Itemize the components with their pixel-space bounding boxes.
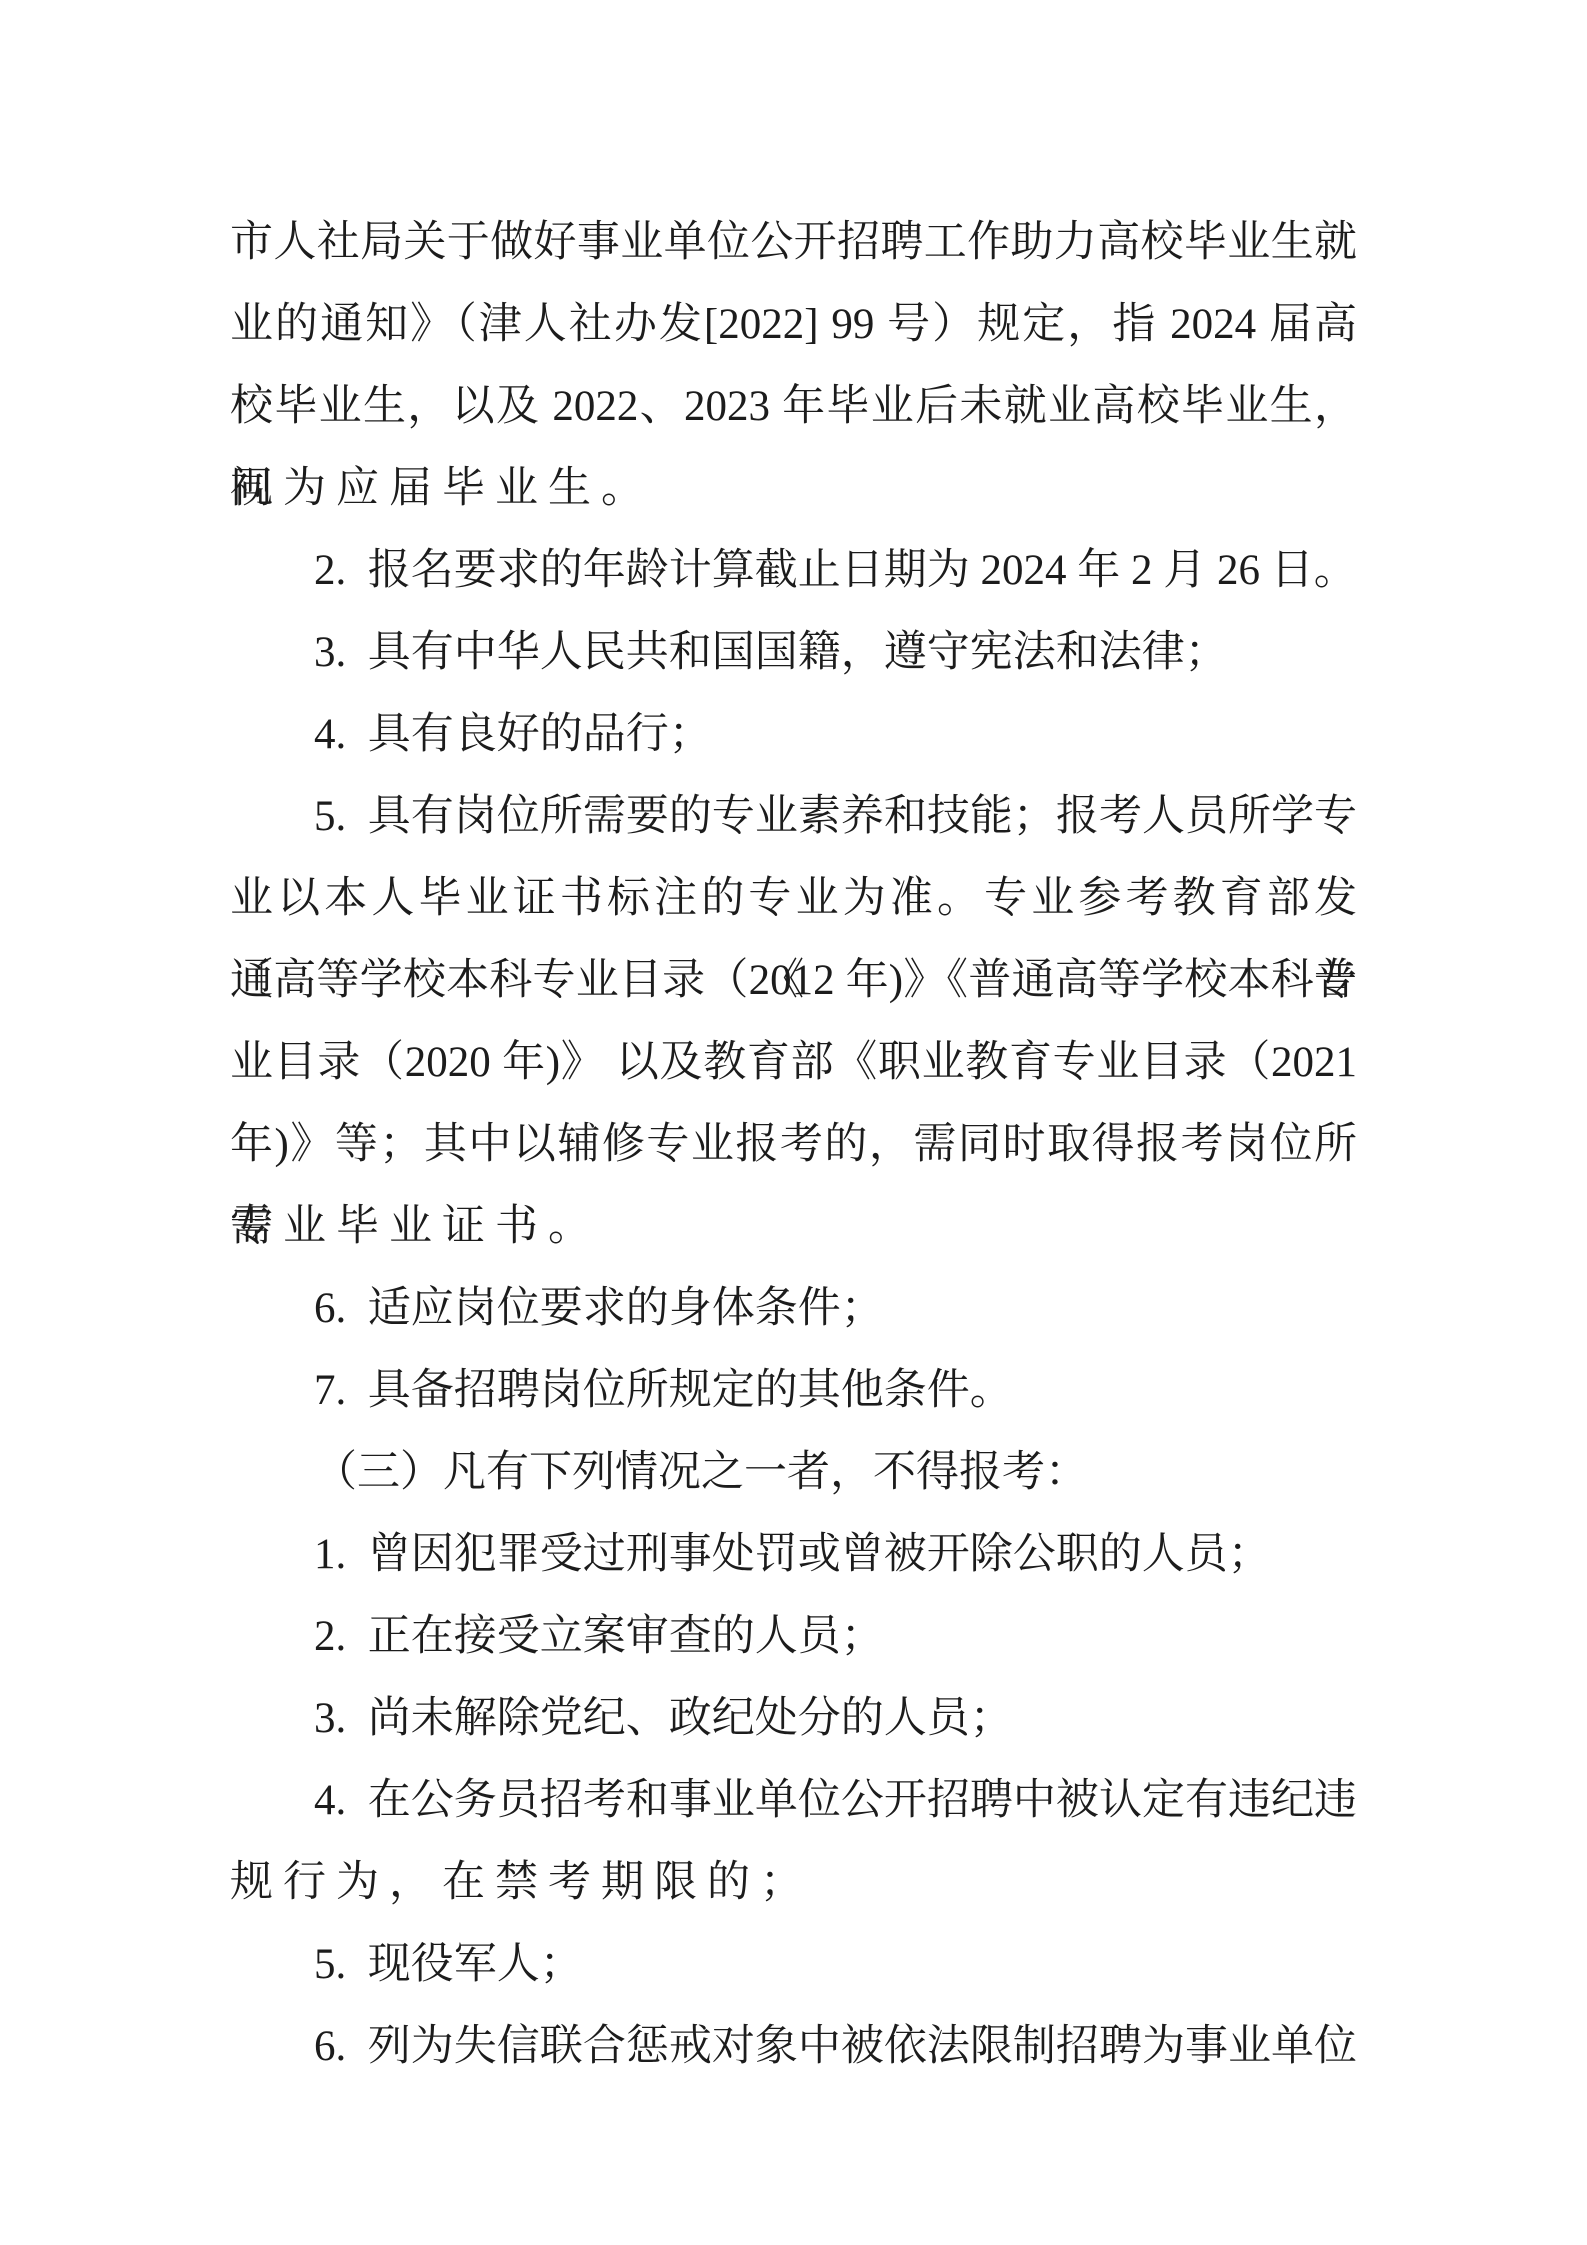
text-line: 3. 尚未解除党纪、政纪处分的人员； [230, 1678, 1357, 1760]
text-line: 6. 列为失信联合惩戒对象中被依法限制招聘为事业单位 [230, 2006, 1357, 2088]
text-line: 7. 具备招聘岗位所规定的其他条件。 [230, 1350, 1357, 1432]
document-page: 市人社局关于做好事业单位公开招聘工作助力高校毕业生就业的通知》（津人社办发[20… [0, 0, 1587, 2245]
text-line: 1. 曾因犯罪受过刑事处罚或曾被开除公职的人员； [230, 1514, 1357, 1596]
text-line: （三）凡有下列情况之一者，不得报考： [230, 1432, 1357, 1514]
text-line: 3. 具有中华人民共和国国籍，遵守宪法和法律； [230, 612, 1357, 694]
text-line: 5. 现役军人； [230, 1924, 1357, 2006]
text-line: 同为应届毕业生。 [230, 448, 1357, 530]
text-line: 6. 适应岗位要求的身体条件； [230, 1268, 1357, 1350]
text-line: 4. 在公务员招考和事业单位公开招聘中被认定有违纪违 [230, 1760, 1357, 1842]
text-line: 通高等学校本科专业目录（2012 年)》《普通高等学校本科专 [230, 940, 1357, 1022]
text-line: 年)》等；其中以辅修专业报考的，需同时取得报考岗位所需 [230, 1104, 1357, 1186]
text-line: 市人社局关于做好事业单位公开招聘工作助力高校毕业生就 [230, 202, 1357, 284]
text-line: 2. 正在接受立案审查的人员； [230, 1596, 1357, 1678]
text-line: 专业毕业证书。 [230, 1186, 1357, 1268]
text-line: 业目录（2020 年)》 以及教育部《职业教育专业目录（2021 [230, 1022, 1357, 1104]
document-text-block: 市人社局关于做好事业单位公开招聘工作助力高校毕业生就业的通知》（津人社办发[20… [230, 202, 1357, 2088]
text-line: 业的通知》（津人社办发[2022] 99 号）规定，指 2024 届高 [230, 284, 1357, 366]
text-line: 5. 具有岗位所需要的专业素养和技能；报考人员所学专 [230, 776, 1357, 858]
text-line: 2. 报名要求的年龄计算截止日期为 2024 年 2 月 26 日。 [230, 530, 1357, 612]
text-line: 规行为，在禁考期限的； [230, 1842, 1357, 1924]
text-line: 4. 具有良好的品行； [230, 694, 1357, 776]
text-line: 业以本人毕业证书标注的专业为准。专业参考教育部发〔《普 [230, 858, 1357, 940]
text-line: 校毕业生，以及 2022、2023 年毕业后未就业高校毕业生，视 [230, 366, 1357, 448]
